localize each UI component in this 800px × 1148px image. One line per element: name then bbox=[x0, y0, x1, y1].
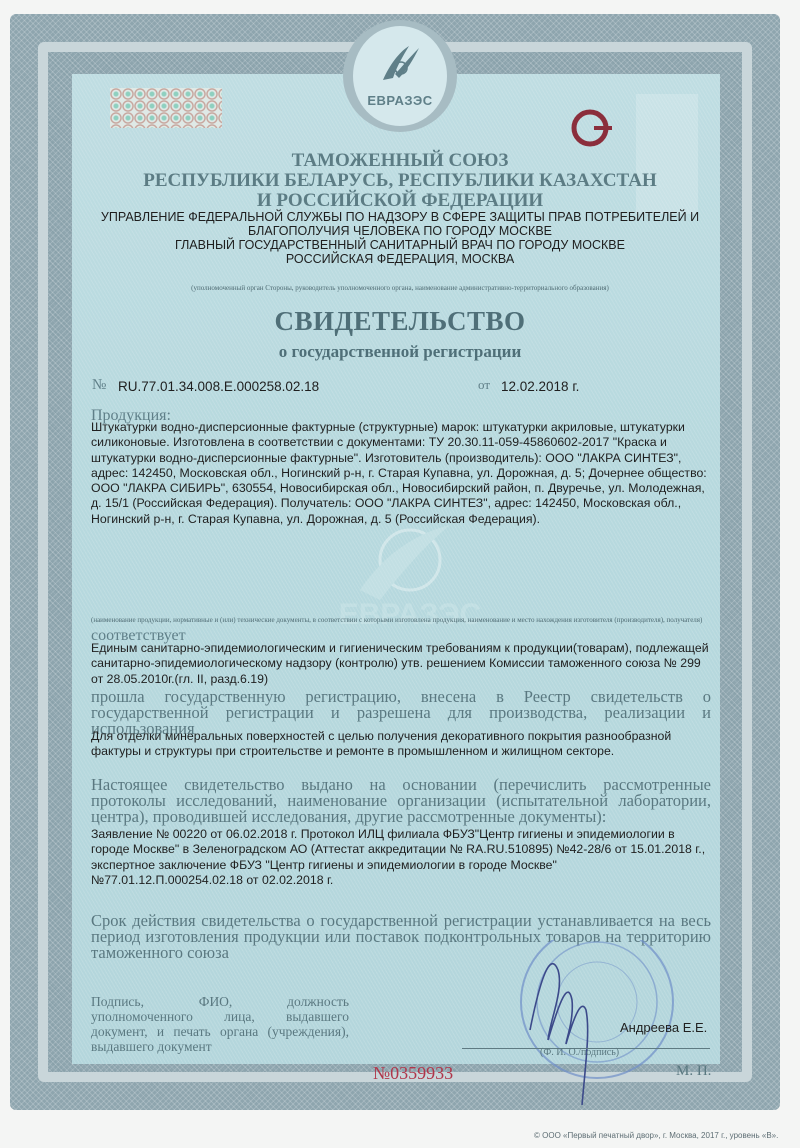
seal-label: М. П. bbox=[676, 1063, 711, 1080]
handwritten-signature-icon bbox=[520, 940, 610, 1110]
product-caption: (наименование продукции, нормативные и (… bbox=[91, 616, 711, 624]
document-title: СВИДЕТЕЛЬСТВО bbox=[80, 306, 720, 337]
date-label: от bbox=[478, 377, 490, 393]
basis-documents: Заявление № 00220 от 06.02.2018 г. Прото… bbox=[91, 827, 711, 888]
svg-text:ЕВРАЗЭС: ЕВРАЗЭС bbox=[339, 598, 482, 630]
product-description: Штукатурки водно-дисперсионные фактурные… bbox=[91, 420, 711, 527]
authority-line-1: УПРАВЛЕНИЕ ФЕДЕРАЛЬНОЙ СЛУЖБЫ ПО НАДЗОРУ… bbox=[80, 210, 720, 225]
union-title-line-2: РЕСПУБЛИКИ БЕЛАРУСЬ, РЕСПУБЛИКИ КАЗАХСТА… bbox=[80, 170, 720, 191]
signer-name: Андреева Е.Е. bbox=[620, 1020, 707, 1035]
registration-number: RU.77.01.34.008.Е.000258.02.18 bbox=[118, 379, 319, 394]
number-label: № bbox=[92, 377, 106, 394]
usage-description: Для отделки минеральных поверхностей с ц… bbox=[91, 729, 711, 760]
eurasec-emblem: ЕВРАЗЭС bbox=[343, 20, 457, 132]
signature-line-caption: (Ф. И. О./подпись) bbox=[540, 1047, 619, 1058]
signature-caption: Подпись, ФИО, должность уполномоченного … bbox=[91, 994, 349, 1054]
authority-line-2: БЛАГОПОЛУЧИЯ ЧЕЛОВЕКА ПО ГОРОДУ МОСКВЕ bbox=[80, 224, 720, 239]
authority-line-3: ГЛАВНЫЙ ГОСУДАРСТВЕННЫЙ САНИТАРНЫЙ ВРАЧ … bbox=[80, 238, 720, 253]
authority-caption: (уполномоченный орган Стороны, руководит… bbox=[80, 284, 720, 292]
union-title-line-3: И РОССИЙСКОЙ ФЕДЕРАЦИИ bbox=[80, 190, 720, 211]
conformity-text: Единым санитарно-эпидемиологическим и ги… bbox=[91, 641, 711, 687]
printer-imprint: © ООО «Первый печатный двор», г. Москва,… bbox=[534, 1131, 778, 1140]
registration-date: 12.02.2018 г. bbox=[501, 379, 579, 394]
union-title-line-1: ТАМОЖЕННЫЙ СОЮЗ bbox=[80, 150, 720, 171]
eurasec-emblem-icon bbox=[379, 44, 421, 84]
hologram-patch bbox=[110, 88, 222, 128]
document-subtitle: о государственной регистрации bbox=[80, 342, 720, 362]
eurasec-watermark-icon: ЕВРАЗЭС bbox=[320, 520, 500, 630]
authority-line-4: РОССИЙСКАЯ ФЕДЕРАЦИЯ, МОСКВА bbox=[80, 252, 720, 267]
basis-statement: Настоящее свидетельство выдано на основа… bbox=[91, 777, 711, 825]
emblem-label: ЕВРАЗЭС bbox=[367, 93, 432, 108]
form-serial-number: №0359933 bbox=[373, 1063, 453, 1084]
eac-conformity-mark-icon bbox=[566, 104, 622, 152]
